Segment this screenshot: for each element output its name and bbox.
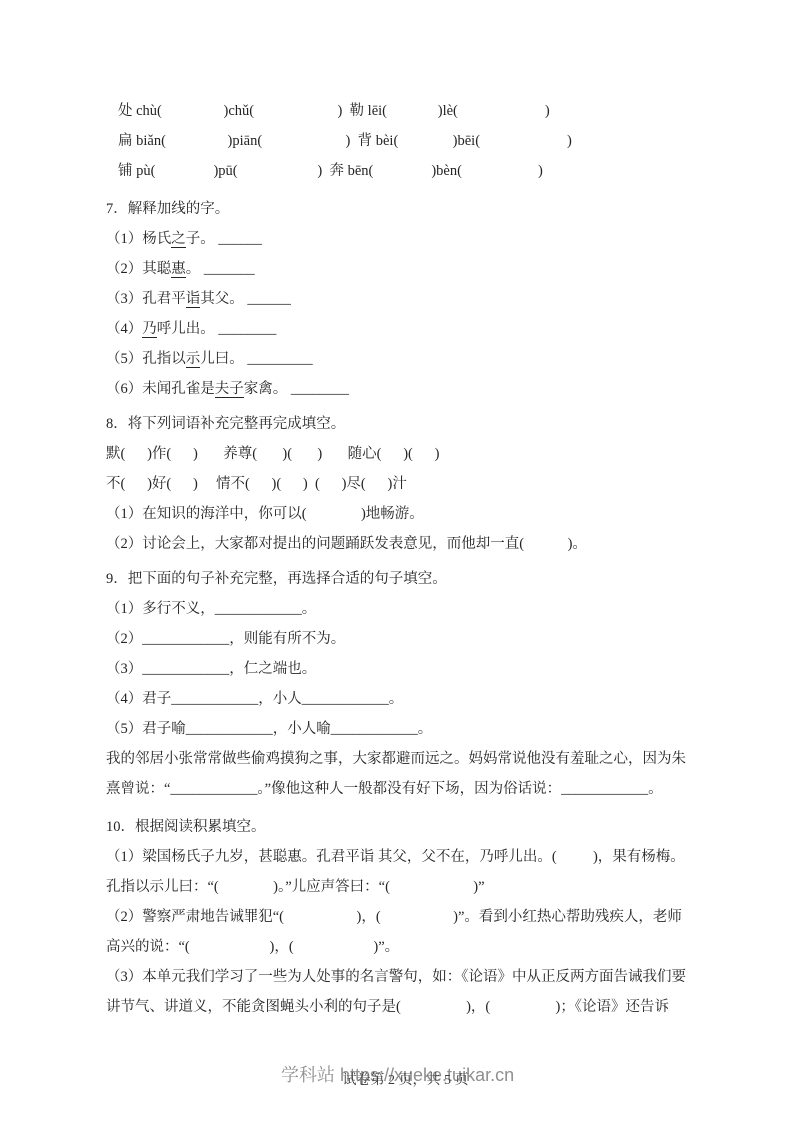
question-8-title: 8．将下列词语补充完整再完成填空。: [106, 409, 706, 439]
q7-item-3-pre: （3）孔君平: [106, 291, 186, 307]
q8-word-line: 默( )作( ) 养尊( )( ) 随心( )( ): [106, 439, 706, 469]
q9-item-1: （1）多行不义，____________。: [106, 594, 706, 624]
q10-item-1-line-2: 孔指以示儿曰：“( )。”儿应声答曰：“( )”: [106, 872, 706, 902]
pinyin-line: 扁 biǎn( )piān( ) 背 bèi( )bēi( ): [106, 126, 706, 156]
exam-content: 处 chù( )chǔ( ) 勒 lēi( )lè( ) 扁 biǎn( )pi…: [106, 96, 706, 1022]
q7-item-6-pre: （6）未闻孔雀是: [106, 381, 215, 397]
q9-item-2: （2）____________，则能有所不为。: [106, 624, 706, 654]
q10-item-2-line-2: 高兴的说：“( )，( )”。: [106, 932, 706, 962]
q7-item-5-pre: （5）孔指以: [106, 351, 186, 367]
q9-item-5: （5）君子喻____________，小人喻____________。: [106, 714, 706, 744]
question-9-title: 9．把下面的句子补充完整，再选择合适的句子填空。: [106, 564, 706, 594]
page-number-footer: 试卷第 2 页，共 5 页: [18, 1071, 793, 1091]
q7-item-3-post: 其父。 ______: [200, 291, 291, 307]
underlined-char: 之: [171, 231, 186, 248]
q7-item-5: （5）孔指以示儿曰。 _________: [106, 344, 706, 374]
q7-item-5-post: 儿曰。 _________: [200, 351, 312, 367]
q7-item-6-post: 家禽。 ________: [244, 381, 349, 397]
q9-paragraph-line: 熹曾说：“____________。”像他这种人一般都没有好下场，因为俗话说：_…: [106, 774, 706, 804]
pinyin-line: 处 chù( )chǔ( ) 勒 lēi( )lè( ): [106, 96, 706, 126]
q10-item-3-line-2: 讲节气、讲道义，不能贪图蝇头小利的句子是( )，( )；《论语》还告诉: [106, 992, 706, 1022]
q10-item-3-line-1: （3）本单元我们学习了一些为人处事的名言警句，如：《论语》中从正反两方面告诫我们…: [106, 962, 706, 992]
q7-item-3: （3）孔君平诣其父。 ______: [106, 284, 706, 314]
q7-item-2: （2）其聪惠。 _______: [106, 254, 706, 284]
underlined-char: 惠: [171, 261, 186, 278]
q7-item-2-pre: （2）其聪: [106, 261, 171, 277]
underlined-char: 示: [186, 351, 201, 368]
q10-item-1-line-1: （1）梁国杨氏子九岁，甚聪惠。孔君平诣 其父，父不在，乃呼儿出。( )，果有杨梅…: [106, 842, 706, 872]
q9-paragraph-line: 我的邻居小张常常做些偷鸡摸狗之事，大家都避而远之。妈妈常说他没有羞耻之心，因为朱: [106, 744, 706, 774]
q10-item-2-line-1: （2）警察严肃地告诫罪犯“( )，( )”。看到小红热心帮助残疾人，老师: [106, 902, 706, 932]
q7-item-4-post: 呼儿出。 ________: [157, 321, 277, 337]
q9-item-3: （3）____________，仁之端也。: [106, 654, 706, 684]
q8-item-2: （2）讨论会上，大家都对提出的问题踊跃发表意见，而他却一直( )。: [106, 529, 706, 559]
underlined-char: 诣: [186, 291, 201, 308]
q7-item-4: （4）乃呼儿出。 ________: [106, 314, 706, 344]
q7-item-2-post: 。 _______: [186, 261, 255, 277]
q7-item-1-pre: （1）杨氏: [106, 231, 171, 247]
q7-item-4-pre: （4）: [106, 321, 142, 337]
q7-item-6: （6）未闻孔雀是夫子家禽。 ________: [106, 374, 706, 404]
underlined-char: 夫子: [215, 381, 244, 398]
underlined-char: 乃: [142, 321, 157, 338]
exam-page: 处 chù( )chǔ( ) 勒 lēi( )lè( ) 扁 biǎn( )pi…: [0, 0, 793, 1122]
q7-item-1-post: 子。 ______: [186, 231, 262, 247]
pinyin-line: 铺 pù( )pū( ) 奔 bēn( )bèn( ): [106, 156, 706, 186]
question-7-title: 7．解释加线的字。: [106, 194, 706, 224]
q7-item-1: （1）杨氏之子。 ______: [106, 224, 706, 254]
question-10-title: 10．根据阅读积累填空。: [106, 812, 706, 842]
q8-word-line: 不( )好( ) 情不( )( ) ( )尽( )汁: [106, 469, 706, 499]
q9-item-4: （4）君子____________，小人____________。: [106, 684, 706, 714]
q8-item-1: （1）在知识的海洋中，你可以( )地畅游。: [106, 499, 706, 529]
